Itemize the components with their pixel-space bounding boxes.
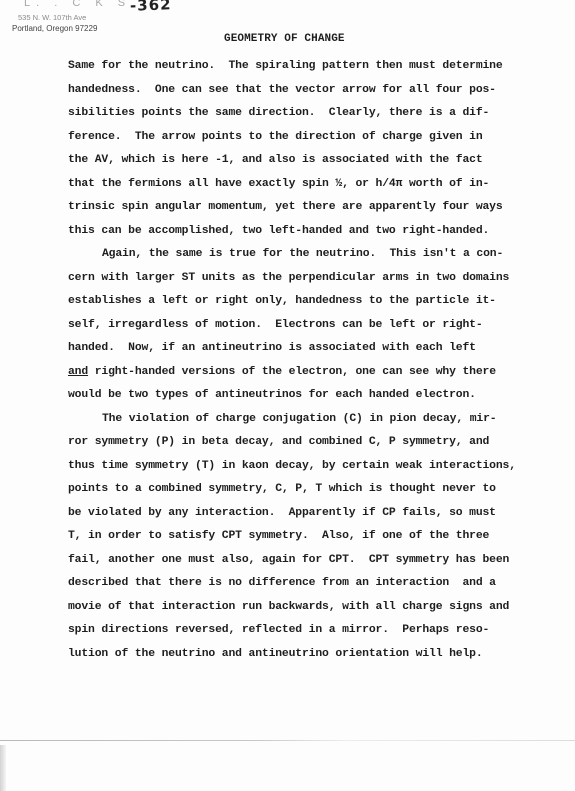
- text-line: Same for the neutrino. The spiraling pat…: [68, 55, 528, 79]
- text-line: this can be accomplished, two left-hande…: [68, 220, 528, 244]
- text-line: T, in order to satisfy CPT symmetry. Als…: [68, 525, 528, 549]
- text-line: lution of the neutrino and antineutrino …: [68, 643, 528, 667]
- text-line: ror symmetry (P) in beta decay, and comb…: [68, 431, 528, 455]
- document-body: Same for the neutrino. The spiraling pat…: [68, 55, 528, 666]
- text-line: described that there is no difference fr…: [68, 572, 528, 596]
- text-line: points to a combined symmetry, C, P, T w…: [68, 478, 528, 502]
- letterhead-city: Portland, Oregon 97229: [12, 25, 97, 33]
- text-line: trinsic spin angular momentum, yet there…: [68, 196, 528, 220]
- text-line: handed. Now, if an antineutrino is assoc…: [68, 337, 528, 361]
- text-line: that the fermions all have exactly spin …: [68, 173, 528, 197]
- text-line: movie of that interaction run backwards,…: [68, 596, 528, 620]
- text-line: handedness. One can see that the vector …: [68, 79, 528, 103]
- text-line: fail, another one must also, again for C…: [68, 549, 528, 573]
- text-line: sibilities points the same direction. Cl…: [68, 102, 528, 126]
- text-line: ference. The arrow points to the directi…: [68, 126, 528, 150]
- document-title: GEOMETRY OF CHANGE: [224, 33, 345, 45]
- text-line: the AV, which is here -1, and also is as…: [68, 149, 528, 173]
- text-line: would be two types of antineutrinos for …: [68, 384, 528, 408]
- text-line: Again, the same is true for the neutrino…: [68, 243, 528, 267]
- text-line: thus time symmetry (T) in kaon decay, by…: [68, 455, 528, 479]
- text-line: establishes a left or right only, handed…: [68, 290, 528, 314]
- text-line: spin directions reversed, reflected in a…: [68, 619, 528, 643]
- text-line: The violation of charge conjugation (C) …: [68, 408, 528, 432]
- text-line: and right-handed versions of the electro…: [68, 361, 528, 385]
- text-line: cern with larger ST units as the perpend…: [68, 267, 528, 291]
- handwritten-page-number: -362: [130, 0, 172, 15]
- scan-fold-line: [0, 740, 575, 741]
- underlined-word: and: [68, 366, 88, 378]
- letterhead-name: L. . C K S: [24, 0, 131, 9]
- text-line: self, irregardless of motion. Electrons …: [68, 314, 528, 338]
- document-page: L. . C K S 535 N. W. 107th Ave Portland,…: [0, 0, 575, 791]
- scan-edge-shadow: [0, 745, 6, 791]
- letterhead-street: 535 N. W. 107th Ave: [18, 14, 86, 22]
- text-line: be violated by any interaction. Apparent…: [68, 502, 528, 526]
